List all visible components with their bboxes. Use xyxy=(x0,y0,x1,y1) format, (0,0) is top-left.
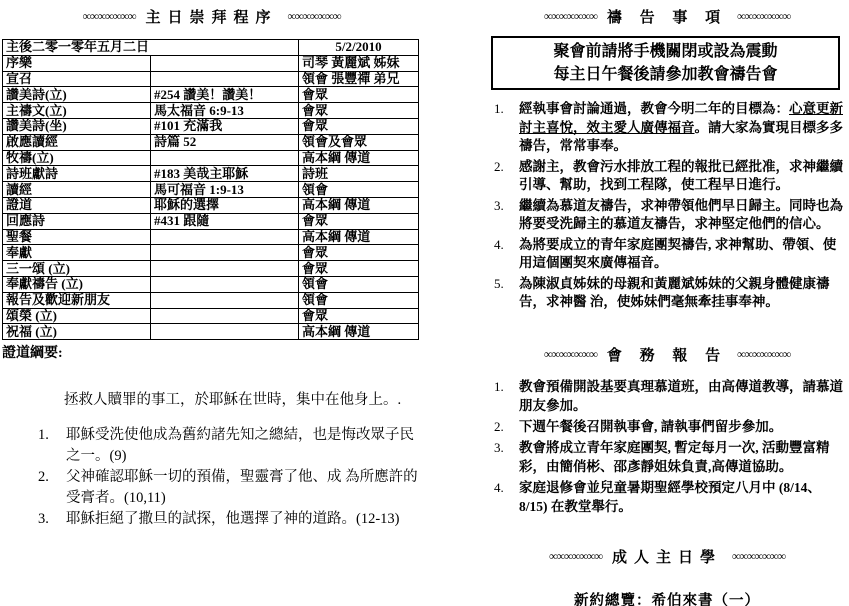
order-item: 奉獻 xyxy=(3,245,151,261)
prayer-item-text: 為將要成立的青年家庭團契禱告, 求神幫助、帶領、使用這個團契來廣傳福音。 xyxy=(519,237,836,271)
phone-notice-box: 聚會前請將手機關閉或設為震動 每主日午餐後請參加教會禱告會 xyxy=(491,36,840,90)
order-who: 高本綱 傳道 xyxy=(299,324,419,340)
announcements-column: ∞∞∞∞∞∞∞ 禱 告 事 項 ∞∞∞∞∞∞∞ 聚會前請將手機關閉或設為震動 每… xyxy=(425,0,849,606)
order-item: 報告及歡迎新朋友 xyxy=(3,292,151,308)
order-who: 領會 xyxy=(299,182,419,198)
table-row: 三一頌 (立)會眾 xyxy=(3,261,419,277)
order-item: 讚美詩(坐) xyxy=(3,118,151,134)
worship-order-column: ∞∞∞∞∞∞∞ 主日崇拜程序 ∞∞∞∞∞∞∞ 主後二零一零年五月二日 5/2/2… xyxy=(0,0,425,606)
table-row: 啟應讀經詩篇 52領會及會眾 xyxy=(3,134,419,150)
table-row: 祝福 (立)高本綱 傳道 xyxy=(3,324,419,340)
order-content xyxy=(151,245,299,261)
sunday-school-header: ∞∞∞∞∞∞∞ 成人主日學 ∞∞∞∞∞∞∞ xyxy=(491,546,843,567)
order-who: 領會及會眾 xyxy=(299,134,419,150)
table-row: 序樂司琴 黃麗斌 姊妹 xyxy=(3,55,419,71)
order-who: 會眾 xyxy=(299,213,419,229)
scroll-ornament-icon: ∞∞∞∞∞∞∞ xyxy=(737,347,790,362)
order-item: 聖餐 xyxy=(3,229,151,245)
order-item: 宣召 xyxy=(3,71,151,87)
order-item: 讚美詩(立) xyxy=(3,87,151,103)
prayer-item: 經執事會討論通過，教會今明二年的目標為：心意更新討主喜悅，效主愛人廣傳福音。請大… xyxy=(491,100,843,156)
order-who: 司琴 黃麗斌 姊妹 xyxy=(299,55,419,71)
order-content: #183 美哉主耶穌 xyxy=(151,166,299,182)
order-content xyxy=(151,292,299,308)
order-item: 回應詩 xyxy=(3,213,151,229)
order-content xyxy=(151,55,299,71)
table-row: 聖餐高本綱 傳道 xyxy=(3,229,419,245)
order-content: 馬可福音 1:9-13 xyxy=(151,182,299,198)
report-item: 家庭退修會並兒童暑期聖經學校預定八月中 (8/14、8/15) 在教堂舉行。 xyxy=(491,478,843,516)
table-row: 讚美詩(立)#254 讚美！讚美！會眾 xyxy=(3,87,419,103)
order-content xyxy=(151,324,299,340)
sermon-point: 耶穌拒絕了撒旦的試探，他選擇了神的道路。(12-13) xyxy=(2,509,421,530)
order-content xyxy=(151,261,299,277)
table-row: 報告及歡迎新朋友領會 xyxy=(3,292,419,308)
order-item: 序樂 xyxy=(3,55,151,71)
sermon-outline-intro: 拯救人贖罪的事工，於耶穌在世時，集中在他身上。. xyxy=(64,388,421,409)
order-content xyxy=(151,276,299,292)
order-content xyxy=(151,150,299,166)
report-section-title: 會 務 報 告 xyxy=(607,344,727,365)
report-item: 教會預備開設基要真理慕道班，由高傳道教導，請慕道朋友參加。 xyxy=(491,377,843,415)
worship-order-table: 主後二零一零年五月二日 5/2/2010 序樂司琴 黃麗斌 姊妹 宣召領會 張豐… xyxy=(2,39,419,340)
sunday-school-title: 成人主日學 xyxy=(612,546,722,567)
prayer-item-text: 繼續為慕道友禱告，求神帶領他們早日歸主。同時也為將要受洗歸主的慕道友禱告，求神堅… xyxy=(519,198,843,232)
scroll-ornament-icon: ∞∞∞∞∞∞∞ xyxy=(549,549,602,564)
prayer-item: 為陳淑貞姊妹的母親和黃麗斌姊妹的父親身體健康禱告，求神醫 治，使姊妹們毫無牽挂事… xyxy=(491,275,843,312)
order-content xyxy=(151,229,299,245)
table-row: 奉獻禱告 (立)領會 xyxy=(3,276,419,292)
order-item: 奉獻禱告 (立) xyxy=(3,276,151,292)
worship-order-header: ∞∞∞∞∞∞∞ 主日崇拜程序 ∞∞∞∞∞∞∞ xyxy=(2,6,421,27)
bulletin-page: ∞∞∞∞∞∞∞ 主日崇拜程序 ∞∞∞∞∞∞∞ 主後二零一零年五月二日 5/2/2… xyxy=(0,0,849,606)
order-item: 牧禱(立) xyxy=(3,150,151,166)
prayer-item: 為將要成立的青年家庭團契禱告, 求神幫助、帶領、使用這個團契來廣傳福音。 xyxy=(491,236,843,273)
table-row: 奉獻會眾 xyxy=(3,245,419,261)
order-content: #101 充滿我 xyxy=(151,118,299,134)
order-item: 詩班獻詩 xyxy=(3,166,151,182)
order-content: 詩篇 52 xyxy=(151,134,299,150)
table-row: 回應詩#431 跟隨會眾 xyxy=(3,213,419,229)
sermon-outline-list: 耶穌受洗使他成為舊約諸先知之總結，也是悔改眾子民之一。(9) 父神確認耶穌一切的… xyxy=(2,425,421,530)
table-row-date: 主後二零一零年五月二日 5/2/2010 xyxy=(3,40,419,56)
order-who: 會眾 xyxy=(299,261,419,277)
notice-line-2: 每主日午餐後請參加教會禱告會 xyxy=(497,63,834,86)
order-who: 高本綱 傳道 xyxy=(299,229,419,245)
chain-ornament-icon: ∞∞∞∞∞∞∞ xyxy=(83,9,136,24)
order-content xyxy=(151,308,299,324)
table-row: 讀經馬可福音 1:9-13領會 xyxy=(3,182,419,198)
prayer-item: 繼續為慕道友禱告，求神帶領他們早日歸主。同時也為將要受洗歸主的慕道友禱告，求神堅… xyxy=(491,197,843,234)
table-row: 頌榮 (立)會眾 xyxy=(3,308,419,324)
scroll-ornament-icon: ∞∞∞∞∞∞∞ xyxy=(737,9,790,24)
order-item: 祝福 (立) xyxy=(3,324,151,340)
sermon-point: 耶穌受洗使他成為舊約諸先知之總結，也是悔改眾子民之一。(9) xyxy=(2,425,421,467)
order-who: 會眾 xyxy=(299,245,419,261)
order-who: 詩班 xyxy=(299,166,419,182)
order-who: 領會 xyxy=(299,292,419,308)
order-who: 高本綱 傳道 xyxy=(299,197,419,213)
table-row: 主禱文(立)馬太福音 6:9-13會眾 xyxy=(3,103,419,119)
table-row: 詩班獻詩#183 美哉主耶穌詩班 xyxy=(3,166,419,182)
prayer-items-list: 經執事會討論通過，教會今明二年的目標為：心意更新討主喜悅，效主愛人廣傳福音。請大… xyxy=(491,100,843,312)
order-content: #254 讚美！讚美！ xyxy=(151,87,299,103)
prayer-item-text: 為陳淑貞姊妹的母親和黃麗斌姊妹的父親身體健康禱告，求神醫 治，使姊妹們毫無牽挂事… xyxy=(519,276,830,310)
order-who: 領會 xyxy=(299,276,419,292)
scroll-ornament-icon: ∞∞∞∞∞∞∞ xyxy=(732,549,785,564)
prayer-item: 感謝主，教會污水排放工程的報批已經批准，求神繼續引導、幫助，找到工程隊，使工程早… xyxy=(491,158,843,195)
order-who: 會眾 xyxy=(299,103,419,119)
scroll-ornament-icon: ∞∞∞∞∞∞∞ xyxy=(544,9,597,24)
order-item: 證道 xyxy=(3,197,151,213)
order-content: 馬太福音 6:9-13 xyxy=(151,103,299,119)
order-who: 會眾 xyxy=(299,87,419,103)
order-item: 三一頌 (立) xyxy=(3,261,151,277)
prayer-item-text: 經執事會討論通過，教會今明二年的目標為： xyxy=(519,101,789,116)
sunday-school-subtitle: 新約總覽：希伯來書（一） xyxy=(491,589,843,606)
service-date-numeric: 5/2/2010 xyxy=(299,40,419,56)
order-item: 頌榮 (立) xyxy=(3,308,151,324)
prayer-item-text: 感謝主，教會污水排放工程的報批已經批准，求神繼續引導、幫助，找到工程隊，使工程早… xyxy=(519,159,843,193)
order-item: 讀經 xyxy=(3,182,151,198)
service-date-text: 主後二零一零年五月二日 xyxy=(3,40,299,56)
table-row: 宣召領會 張豐禪 弟兄 xyxy=(3,71,419,87)
order-content: 耶穌的選擇 xyxy=(151,197,299,213)
report-item: 教會將成立青年家庭團契, 暫定每月一次, 活動豐富精彩，由簡俏彬、邵彥靜姐妹負責… xyxy=(491,438,843,476)
table-row: 讚美詩(坐)#101 充滿我會眾 xyxy=(3,118,419,134)
order-item: 啟應讀經 xyxy=(3,134,151,150)
order-item: 主禱文(立) xyxy=(3,103,151,119)
report-items-list: 教會預備開設基要真理慕道班，由高傳道教導，請慕道朋友參加。 下週午餐後召開執事會… xyxy=(491,377,843,516)
order-who: 領會 張豐禪 弟兄 xyxy=(299,71,419,87)
chain-ornament-icon: ∞∞∞∞∞∞∞ xyxy=(288,9,341,24)
prayer-section-title: 禱 告 事 項 xyxy=(607,6,727,27)
table-row: 證道耶穌的選擇高本綱 傳道 xyxy=(3,197,419,213)
prayer-section-header: ∞∞∞∞∞∞∞ 禱 告 事 項 ∞∞∞∞∞∞∞ xyxy=(491,6,843,27)
scroll-ornament-icon: ∞∞∞∞∞∞∞ xyxy=(544,347,597,362)
notice-line-1: 聚會前請將手機關閉或設為震動 xyxy=(497,40,834,63)
table-row: 牧禱(立)高本綱 傳道 xyxy=(3,150,419,166)
order-who: 會眾 xyxy=(299,118,419,134)
report-section-header: ∞∞∞∞∞∞∞ 會 務 報 告 ∞∞∞∞∞∞∞ xyxy=(491,344,843,365)
order-content xyxy=(151,71,299,87)
order-content: #431 跟隨 xyxy=(151,213,299,229)
worship-order-title: 主日崇拜程序 xyxy=(145,6,277,27)
order-who: 會眾 xyxy=(299,308,419,324)
order-who: 高本綱 傳道 xyxy=(299,150,419,166)
sermon-point: 父神確認耶穌一切的預備，聖靈膏了他、成 為所應許的受膏者。(10,11) xyxy=(2,467,421,509)
report-item: 下週午餐後召開執事會, 請執事們留步參加。 xyxy=(491,417,843,436)
sermon-outline-heading: 證道綱要: xyxy=(2,342,421,362)
